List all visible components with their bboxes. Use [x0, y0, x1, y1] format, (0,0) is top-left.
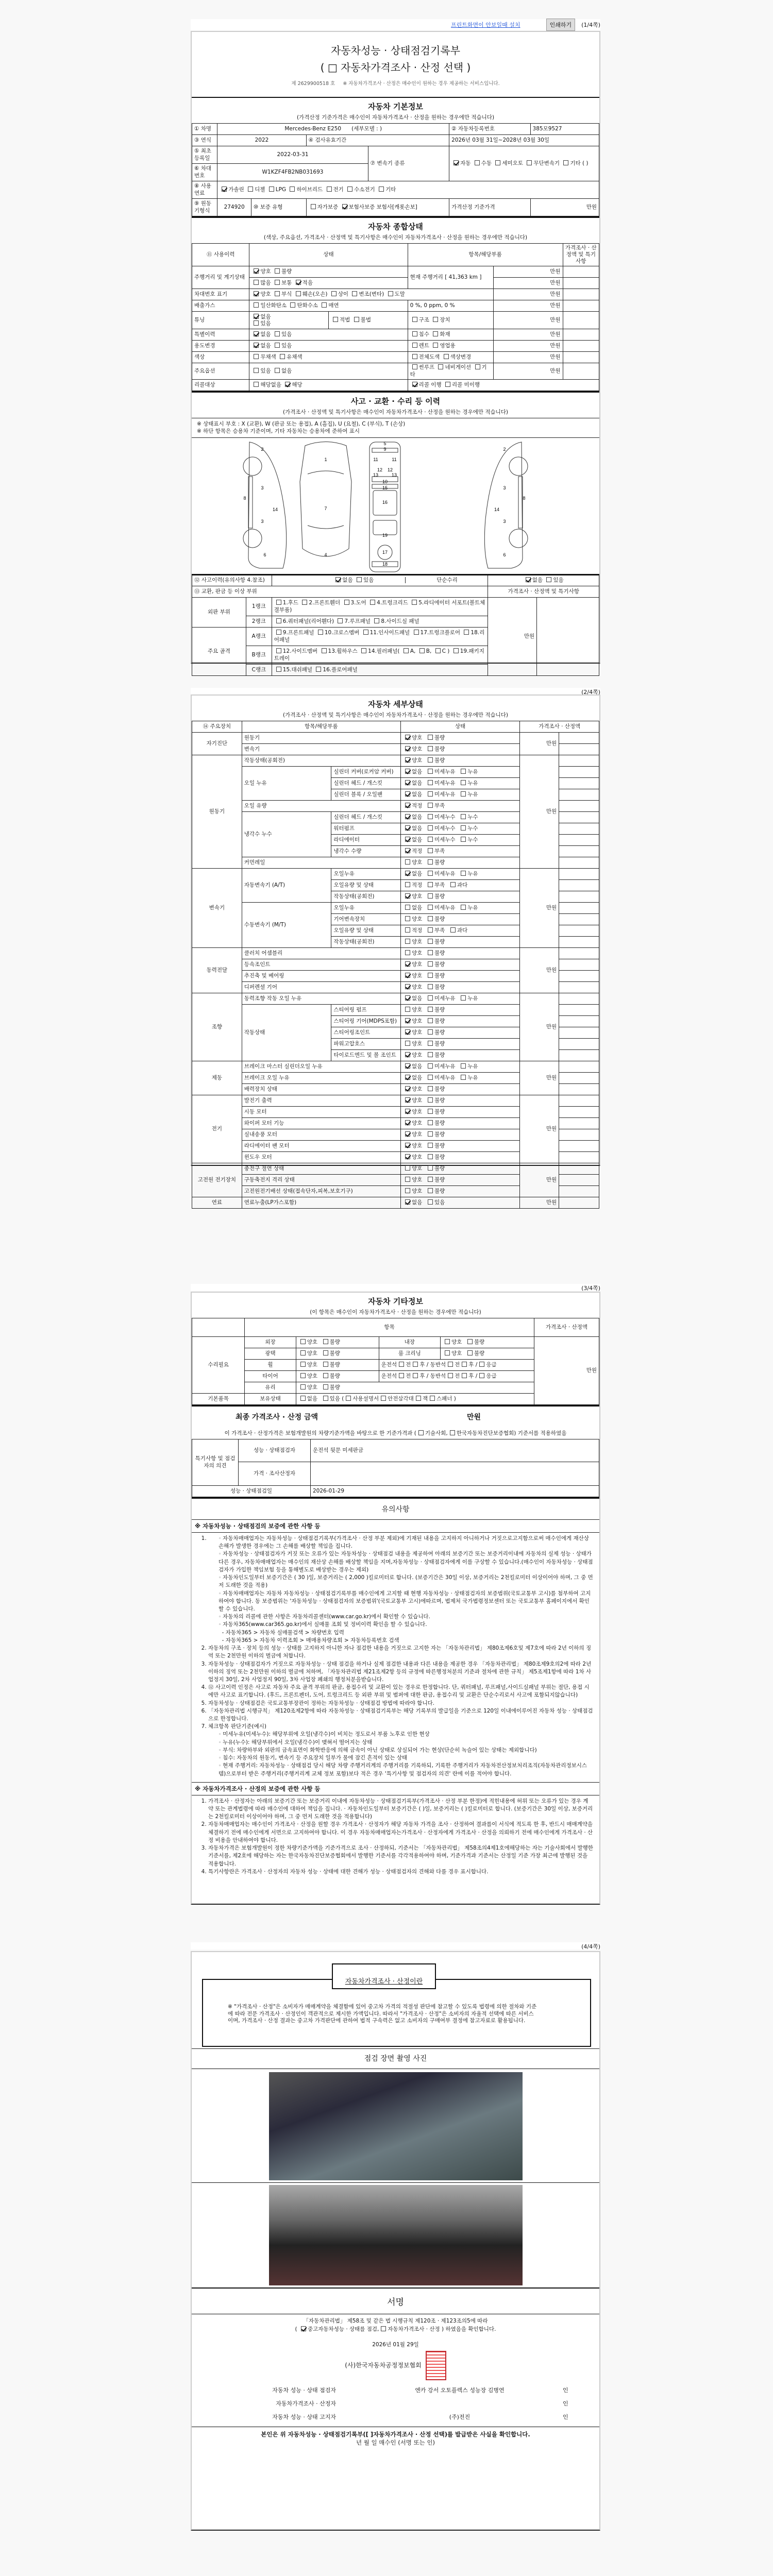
checkbox[interactable] [254, 268, 259, 274]
checkbox[interactable] [275, 343, 280, 348]
item-label: 자동변속기 (A/T) [242, 869, 331, 903]
checkbox[interactable] [254, 343, 259, 348]
checkbox[interactable] [405, 780, 410, 785]
checkbox[interactable] [479, 1373, 484, 1378]
checkbox[interactable] [435, 648, 441, 653]
option-label: 불량 [434, 1165, 445, 1172]
checkbox[interactable] [323, 1350, 328, 1355]
warranty-heading: ※ 자동차성능 · 상태점검의 보증에 관한 사항 등 [192, 1519, 599, 1533]
checkbox[interactable] [405, 803, 410, 808]
state: 없음 미세누유 누유 [400, 903, 519, 914]
checkbox[interactable] [357, 577, 362, 582]
checkbox[interactable] [370, 600, 375, 605]
option-label: 있음 [553, 577, 563, 583]
label: ⑩ 보증 유형 [251, 199, 306, 216]
checkbox[interactable] [467, 1339, 473, 1344]
checkbox[interactable] [428, 961, 433, 967]
checkbox[interactable] [381, 2326, 386, 2331]
checkbox[interactable] [527, 160, 532, 165]
checkbox[interactable] [412, 600, 417, 605]
checkbox[interactable] [405, 837, 410, 842]
checkbox[interactable] [428, 905, 433, 910]
price: 만원 [494, 341, 563, 352]
option-label: 누수 [467, 825, 478, 832]
checkbox[interactable] [453, 160, 459, 165]
part-label: A, [410, 648, 416, 654]
install-link[interactable]: 프린트화면이 안보일때 설치 [451, 21, 520, 29]
checkbox[interactable] [428, 1052, 433, 1057]
page-4: 자동차가격조사 · 산정이란 ※ "가격조사 · 산정"은 소비자가 매매계약을… [191, 1951, 600, 2531]
option-label: 없음 [412, 791, 422, 798]
checkbox[interactable] [461, 780, 466, 785]
sub-item-label: 냉각수 수량 [331, 846, 401, 857]
doc-subtitle: ( □ 자동차가격조사 · 산정 선택 ) [192, 57, 599, 74]
checkbox[interactable] [290, 187, 295, 192]
signature-title: 서명 [192, 2287, 599, 2314]
checkbox[interactable] [475, 364, 480, 369]
checkbox[interactable] [462, 1362, 467, 1367]
checkbox[interactable] [461, 825, 466, 831]
checkbox[interactable] [276, 630, 281, 635]
checkbox[interactable] [254, 320, 259, 326]
checkbox[interactable] [453, 648, 459, 653]
checkbox[interactable] [290, 302, 295, 308]
checkbox[interactable] [248, 187, 253, 192]
checkbox[interactable] [428, 746, 433, 751]
checkbox[interactable] [346, 1396, 351, 1401]
state: 양호 불량 [296, 1360, 379, 1371]
checkbox[interactable] [254, 280, 259, 285]
basis-b: 기술사회, [425, 1430, 448, 1436]
checkbox[interactable] [276, 648, 281, 653]
checkbox[interactable] [444, 354, 449, 359]
checkbox[interactable] [405, 1199, 410, 1205]
checkbox[interactable] [405, 1063, 410, 1069]
checkbox[interactable] [300, 1396, 306, 1401]
checkbox[interactable] [316, 667, 321, 672]
checkbox[interactable] [428, 1097, 433, 1103]
note-bullet: 미세누유(미세누수): 해당부위에 오일(냉각수)이 비치는 정도로서 부품 노… [219, 1731, 593, 1738]
checkbox[interactable] [461, 871, 466, 876]
checkbox[interactable] [344, 600, 349, 605]
checkbox[interactable] [563, 160, 568, 165]
checkbox[interactable] [405, 735, 410, 740]
checkbox[interactable] [461, 1075, 466, 1080]
sub-item-label: 워터펌프 [331, 823, 401, 835]
signer-row: 자동차 성능 · 상태 고지자(주)전진인 [192, 2410, 599, 2424]
checkbox[interactable] [414, 630, 419, 635]
checkbox[interactable] [222, 187, 227, 192]
checkbox[interactable] [280, 354, 285, 359]
option-label: 없음 [412, 780, 422, 786]
checkbox[interactable] [405, 1007, 410, 1012]
checkbox[interactable] [363, 630, 368, 635]
checkbox[interactable] [300, 1350, 306, 1355]
checkbox[interactable] [448, 1373, 453, 1378]
checkbox[interactable] [405, 859, 410, 865]
checkbox[interactable] [428, 1007, 433, 1012]
checkbox[interactable] [450, 927, 456, 933]
option-label: 없음 [412, 1075, 422, 1081]
checkbox[interactable] [428, 939, 433, 944]
checkbox[interactable] [428, 1109, 433, 1114]
status-legend: ※ 상태표시 부호 : X (교환), W (판금 또는 용접), A (흠집)… [192, 418, 599, 437]
checkbox[interactable] [254, 302, 259, 308]
checkbox[interactable] [428, 1165, 433, 1171]
checkbox[interactable] [428, 1041, 433, 1046]
option-label: 불량 [434, 1018, 445, 1024]
checkbox[interactable] [461, 995, 466, 1001]
column-header: ⑭ 주요장치 [192, 721, 242, 733]
checkbox[interactable] [381, 1396, 386, 1401]
checkbox[interactable] [285, 382, 290, 387]
price: 만원 [494, 363, 563, 379]
checkbox[interactable] [405, 871, 410, 876]
checkbox[interactable] [479, 1362, 484, 1367]
checkbox[interactable] [323, 1339, 328, 1344]
checkbox[interactable] [254, 382, 259, 387]
checkbox[interactable] [428, 1177, 433, 1182]
checkbox[interactable] [428, 814, 433, 819]
note-item: 자동차매매업자는 자동차성능 · 상태점검기록부(가격조사 · 산정 부분 제외… [208, 1535, 593, 1645]
checkbox[interactable] [388, 291, 393, 296]
checkbox[interactable] [405, 1018, 410, 1023]
checkbox[interactable] [405, 905, 410, 910]
checkbox[interactable] [405, 1131, 410, 1137]
checkbox[interactable] [322, 302, 327, 308]
checkbox[interactable] [276, 667, 281, 672]
checkbox[interactable] [301, 2326, 306, 2331]
checkbox[interactable] [405, 1109, 410, 1114]
checkbox[interactable] [275, 280, 280, 285]
checkbox[interactable] [318, 630, 323, 635]
photo-title: 점검 장면 촬영 사진 [192, 2048, 599, 2069]
checkbox[interactable] [323, 1384, 328, 1389]
checkbox[interactable] [412, 364, 417, 369]
item-label: 발전기 출력 [242, 1095, 400, 1107]
checkbox[interactable] [428, 791, 433, 796]
checkbox[interactable] [405, 961, 410, 967]
option-label: 자가보증 [317, 204, 339, 210]
checkbox[interactable] [428, 825, 433, 831]
column-header: 가격조사 · 산정액 [534, 1318, 599, 1337]
group-label: 외판 부위 [192, 598, 246, 628]
sub-item-label: 오일누유 [331, 903, 401, 914]
checkbox[interactable] [428, 973, 433, 978]
part-label: 7.루프패널 [344, 618, 371, 624]
checkbox[interactable] [428, 1120, 433, 1125]
option-label: 없음 [412, 1199, 422, 1206]
checkbox[interactable] [428, 1154, 433, 1159]
checkbox[interactable] [405, 882, 410, 887]
checkbox[interactable] [275, 331, 280, 336]
column-header: 항목/해당부품 [242, 721, 400, 733]
checkbox[interactable] [379, 187, 384, 192]
item-label: 내장 [379, 1337, 440, 1348]
checkbox[interactable] [335, 577, 341, 582]
checkbox[interactable] [405, 1029, 410, 1035]
checkbox[interactable] [399, 1373, 404, 1378]
checkbox[interactable] [405, 1177, 410, 1182]
checkbox[interactable] [461, 791, 466, 796]
checkbox[interactable] [461, 814, 466, 819]
checkbox[interactable] [445, 1339, 450, 1344]
checkbox[interactable] [404, 648, 409, 653]
option-label: 없음 [412, 1063, 422, 1070]
state: 없음 미세누수 누수 [400, 812, 519, 823]
item-label: 원동기 [242, 733, 400, 744]
checkbox[interactable] [428, 1199, 433, 1205]
checkbox[interactable] [405, 746, 410, 751]
checkbox[interactable] [428, 927, 433, 933]
item-label: 타이어 [245, 1371, 296, 1382]
checkbox[interactable] [331, 291, 337, 296]
checkbox[interactable] [405, 973, 410, 978]
part-label: 2.프론트휀더 [309, 600, 340, 606]
reg-no: 385모9527 [530, 124, 599, 135]
note-item: 「자동차관리법 시행규칙」 제120조제2항에 따라 자동차성능 · 상태점검기… [208, 1707, 593, 1723]
checkbox[interactable] [462, 1373, 467, 1378]
checkbox[interactable] [428, 995, 433, 1001]
checkbox[interactable] [448, 1362, 453, 1367]
checkbox[interactable] [269, 187, 274, 192]
top-toolbar: 프린트화면이 안보일때 설치 인쇄하기 (1/4쪽) [191, 19, 600, 30]
checkbox[interactable] [412, 343, 417, 348]
state: 양호 불량 [400, 1175, 519, 1186]
checkbox[interactable] [300, 1384, 306, 1389]
checkbox[interactable] [322, 648, 327, 653]
checkbox[interactable] [461, 1063, 466, 1069]
checkbox[interactable] [276, 600, 281, 605]
group-label: 자기진단 [192, 733, 242, 755]
checkbox[interactable] [412, 354, 417, 359]
print-button[interactable]: 인쇄하기 [546, 19, 576, 31]
checkbox[interactable] [467, 1350, 473, 1355]
checkbox[interactable] [495, 160, 500, 165]
checkbox[interactable] [352, 291, 357, 296]
checkbox[interactable] [405, 1086, 410, 1091]
state: 양호 불량 [400, 1141, 519, 1152]
checkbox[interactable] [428, 1029, 433, 1035]
checkbox[interactable] [405, 1052, 410, 1057]
checkbox[interactable] [428, 893, 433, 899]
checkbox[interactable] [418, 1430, 424, 1435]
legend-line: ※ 하단 항목은 승용차 기준이며, 기타 자동차는 승용차에 준하여 표시 [197, 428, 594, 435]
checkbox[interactable] [461, 837, 466, 842]
checkbox[interactable] [254, 368, 259, 373]
checkbox[interactable] [338, 618, 343, 623]
checkbox[interactable] [405, 848, 410, 853]
checkbox[interactable] [374, 618, 379, 623]
checkbox[interactable] [405, 1154, 410, 1159]
checkbox[interactable] [361, 648, 366, 653]
checkbox[interactable] [405, 939, 410, 944]
checkbox[interactable] [438, 364, 443, 369]
option-label: 보험사보증 보험사[캐롯손보] [349, 204, 417, 210]
checkbox[interactable] [445, 1350, 450, 1355]
checkbox[interactable] [461, 905, 466, 910]
group-label: 기본품목 [192, 1394, 245, 1405]
checkbox[interactable] [428, 1063, 433, 1069]
option-label: 불량 [434, 1188, 445, 1194]
checkbox[interactable] [428, 859, 433, 865]
part-label: 13.휠하우스 [328, 648, 358, 654]
checkbox[interactable] [275, 291, 280, 296]
option-label: 많음 [260, 280, 271, 286]
checkbox[interactable] [254, 314, 259, 319]
checkbox[interactable] [445, 382, 450, 387]
checkbox[interactable] [405, 814, 410, 819]
checkbox[interactable] [428, 984, 433, 989]
checkbox[interactable] [464, 630, 469, 635]
checkbox[interactable] [405, 1188, 410, 1193]
checkbox[interactable] [428, 803, 433, 808]
item-label: 라디에이터 팬 모터 [242, 1141, 400, 1152]
checkbox[interactable] [254, 331, 259, 336]
item-label: 클러치 어셈블리 [242, 948, 400, 959]
checkbox[interactable] [300, 1373, 306, 1378]
checkbox[interactable] [405, 1041, 410, 1046]
svg-text:5: 5 [383, 441, 386, 446]
checkbox[interactable] [412, 331, 417, 336]
checkbox[interactable] [405, 927, 410, 933]
checkbox[interactable] [323, 1396, 328, 1401]
option-label: 불량 [434, 950, 445, 956]
checkbox[interactable] [405, 791, 410, 796]
checkbox[interactable] [428, 735, 433, 740]
checkbox[interactable] [311, 204, 316, 209]
checkbox[interactable] [412, 382, 417, 387]
svg-text:12: 12 [377, 467, 382, 472]
state: 없음 미세누유 누유 [400, 869, 519, 880]
checkbox[interactable] [275, 368, 280, 373]
checkbox[interactable] [450, 1430, 455, 1435]
checkbox[interactable] [475, 160, 480, 165]
accident-subtitle: (가격조사 · 산정액 및 특기사항은 매수인이 자동차가격조사 · 산정을 원… [192, 406, 599, 418]
state: 양호 불량 [400, 937, 519, 948]
checkbox[interactable] [405, 1097, 410, 1103]
checkbox[interactable] [275, 268, 280, 274]
column-header: 가격조사 · 산정액 [520, 721, 599, 733]
option-label: 부족 [434, 882, 445, 888]
checkbox[interactable] [428, 1018, 433, 1023]
checkbox[interactable] [405, 950, 410, 955]
checkbox[interactable] [526, 577, 531, 582]
checkbox[interactable] [302, 600, 307, 605]
option-label: 영업용 [440, 343, 455, 349]
option-label: 과다 [457, 882, 467, 888]
confirm-b: 자동차가격조사 · 산정 ) 하였음을 확인합니다. [388, 2326, 496, 2332]
checkbox[interactable] [296, 280, 301, 285]
checkbox[interactable] [405, 916, 410, 921]
checkbox[interactable] [405, 1075, 410, 1080]
checkbox[interactable] [347, 187, 352, 192]
checkbox[interactable] [405, 1120, 410, 1125]
checkbox[interactable] [254, 354, 259, 359]
checkbox[interactable] [405, 995, 410, 1001]
checkbox[interactable] [300, 1339, 306, 1344]
checkbox[interactable] [428, 950, 433, 955]
checkbox[interactable] [333, 317, 338, 322]
checkbox[interactable] [416, 1396, 421, 1401]
checkbox[interactable] [405, 769, 410, 774]
checkbox[interactable] [428, 769, 433, 774]
sub-item-label: 실린더 블록 / 오일팬 [331, 789, 401, 801]
checkbox[interactable] [405, 825, 410, 831]
checkbox[interactable] [413, 1362, 418, 1367]
checkbox[interactable] [428, 1188, 433, 1193]
checkbox[interactable] [405, 1165, 410, 1171]
checkbox[interactable] [413, 1373, 418, 1378]
checkbox[interactable] [276, 618, 281, 623]
checkbox[interactable] [412, 317, 417, 322]
checkbox[interactable] [428, 848, 433, 853]
option-label: 양호 [412, 1154, 422, 1160]
checkbox[interactable] [428, 757, 433, 762]
checkbox[interactable] [296, 291, 301, 296]
state: 없음 미세누수 누수 [400, 823, 519, 835]
checkbox[interactable] [428, 882, 433, 887]
checkbox[interactable] [419, 648, 425, 653]
checkbox[interactable] [546, 577, 551, 582]
option-label: 부족 [434, 803, 445, 809]
state: 양호 불량 [400, 1107, 519, 1118]
signer-name [357, 2399, 563, 2408]
checkbox[interactable] [430, 1396, 435, 1401]
seal-mark: 인 [563, 2399, 568, 2408]
checkbox[interactable] [405, 757, 410, 762]
option-label: 없음 [412, 837, 422, 843]
checkbox[interactable] [428, 780, 433, 785]
option-label: 불량 [434, 1086, 445, 1092]
state: 없음 있음 [249, 341, 408, 352]
checkbox[interactable] [428, 1086, 433, 1091]
checkbox[interactable] [433, 343, 438, 348]
option-label: 미세누유 [434, 1075, 456, 1081]
option-label: 있음 [281, 331, 292, 337]
checkbox[interactable] [399, 1362, 404, 1367]
checkbox[interactable] [433, 317, 438, 322]
official-seal-icon [426, 2351, 446, 2380]
checkbox[interactable] [405, 893, 410, 899]
checkbox[interactable] [428, 1131, 433, 1137]
checkbox[interactable] [405, 1143, 410, 1148]
checkbox[interactable] [342, 204, 347, 209]
checkbox[interactable] [323, 1373, 328, 1378]
option-label: 있음 [281, 343, 292, 349]
checkbox[interactable] [428, 871, 433, 876]
checkbox[interactable] [450, 882, 456, 887]
checkbox[interactable] [323, 1362, 328, 1367]
checkbox[interactable] [405, 984, 410, 989]
vin: W1KZF4FB2NB031693 [217, 164, 368, 181]
signer-row: 자동차가격조사 · 산정자인 [192, 2397, 599, 2410]
checkbox[interactable] [461, 769, 466, 774]
checkbox[interactable] [428, 916, 433, 921]
confirm-text: 「자동차관리법」 제58조 및 같은 법 시행규칙 제120조 · 제123조의… [192, 2314, 599, 2380]
checkbox[interactable] [428, 837, 433, 842]
checkbox[interactable] [354, 317, 359, 322]
option-label: 없음 [281, 368, 292, 374]
checkbox[interactable] [428, 1075, 433, 1080]
svg-text:15: 15 [382, 485, 388, 490]
state: 양호 불량 [296, 1371, 379, 1382]
checkbox[interactable] [254, 291, 259, 296]
checkbox[interactable] [433, 331, 438, 336]
checkbox[interactable] [428, 1143, 433, 1148]
checkbox[interactable] [300, 1362, 306, 1367]
checkbox[interactable] [327, 187, 332, 192]
